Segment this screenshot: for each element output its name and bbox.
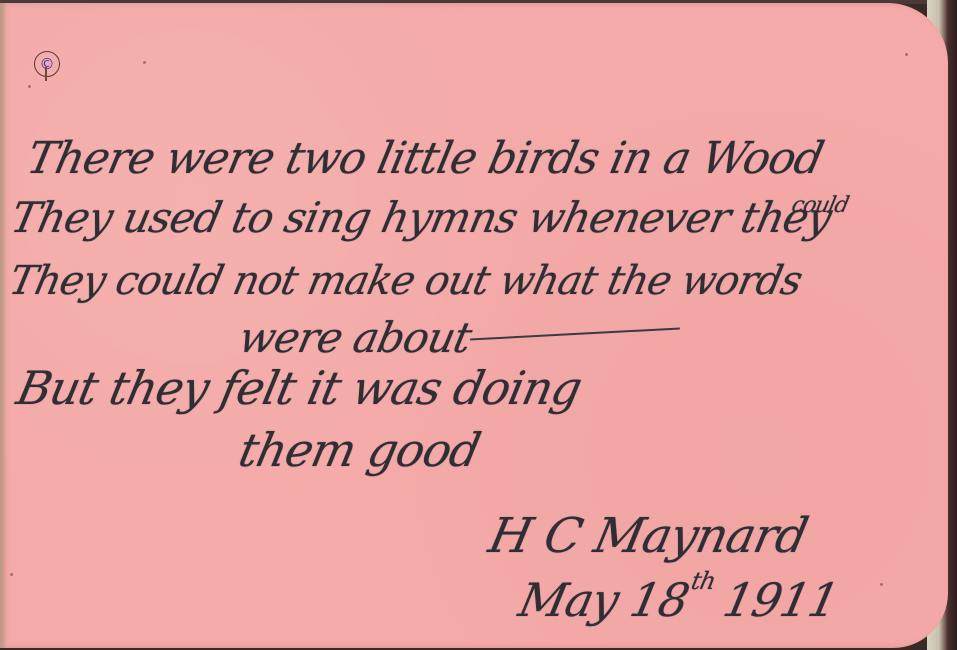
- paper-speck: [905, 53, 908, 56]
- poem-line-3: They could not make out what the words: [5, 258, 806, 304]
- paper-speck: [28, 85, 31, 88]
- poem-line-1: There were two little birds in a Wood: [23, 133, 828, 184]
- flourish-underline: [470, 328, 680, 341]
- date-month-day: May 18: [514, 573, 693, 627]
- signature-date: May 18th 1911: [514, 573, 843, 627]
- poem-line-4: were about: [235, 313, 476, 362]
- date-year: 1911: [719, 573, 844, 627]
- copyright-icon: ©: [34, 51, 60, 77]
- poem-line-5: But they felt it was doing: [12, 361, 586, 415]
- album-page: © There were two little birds in a Wood …: [0, 3, 948, 648]
- poem-line-2: They used to sing hymns whenever they: [7, 193, 836, 242]
- paper-speck: [143, 61, 146, 64]
- copyright-mark-stem: [45, 67, 47, 81]
- paper-speck: [880, 583, 883, 586]
- date-suffix: th: [689, 567, 718, 595]
- signature-name: H C Maynard: [484, 508, 812, 564]
- poem-line-6: them good: [234, 423, 484, 477]
- paper-speck: [10, 573, 13, 576]
- page-gutter: [0, 3, 6, 648]
